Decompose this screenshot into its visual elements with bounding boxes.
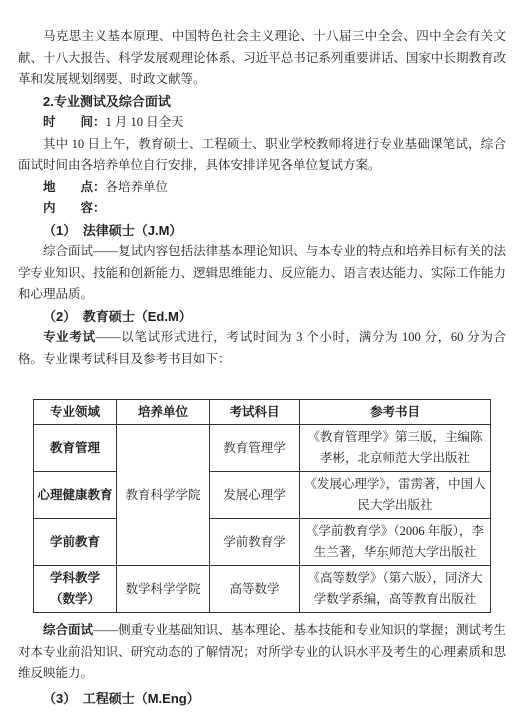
cell-field: 学科教学 （数学） xyxy=(34,566,117,613)
cell-subject: 高等数学 xyxy=(210,566,300,613)
cell-unit: 数学科学学院 xyxy=(117,566,210,613)
exam-lead: 专业考试 xyxy=(43,330,96,344)
table-row: 心理健康教育 发展心理学 《发展心理学》，雷雳著，中国人民大学出版社 xyxy=(34,472,491,519)
place-label: 地 点： xyxy=(43,180,106,194)
table-row: 学科教学 （数学） 数学科学学院 高等数学 《高等数学》（第六版），同济大学数学… xyxy=(34,566,491,613)
exam-paragraph: 专业考试——以笔试形式进行，考试时间为 3 个小时，满分为 100 分，60 分… xyxy=(18,327,506,370)
interview-lead: 综合面试 xyxy=(43,623,93,637)
cell-field: 学前教育 xyxy=(34,519,117,566)
item-2-heading: （2） 教育硕士（Ed.M） xyxy=(18,306,506,328)
cell-subject: 教育管理学 xyxy=(210,425,300,472)
column-header-books: 参考书目 xyxy=(300,400,491,425)
item-3-heading: （3） 工程硕士（M.Eng） xyxy=(18,688,506,710)
item-1-paragraph: 综合面试——复试内容包括法律基本理论知识、与本专业的特点和培养目标有关的法学专业… xyxy=(18,241,506,306)
column-header-subject: 考试科目 xyxy=(210,400,300,425)
cell-field: 心理健康教育 xyxy=(34,472,117,519)
time-note-paragraph: 其中 10 日上午，教育硕士、工程硕士、职业学校教师将进行专业基础课笔试，综合面… xyxy=(18,134,506,177)
cell-books: 《发展心理学》，雷雳著，中国人民大学出版社 xyxy=(300,472,491,519)
time-label: 时 间： xyxy=(43,115,106,129)
section-2-heading: 2.专业测试及综合面试 xyxy=(18,91,506,113)
cell-subject: 学前教育学 xyxy=(210,519,300,566)
content-line: 内 容： xyxy=(18,198,506,220)
interview-paragraph: 综合面试——侧重专业基础知识、基本理论、基本技能和专业知识的掌握；测试考生对本专… xyxy=(18,620,506,685)
cell-books: 《高等数学》（第六版），同济大学数学系编，高等教育出版社 xyxy=(300,566,491,613)
table-header-row: 专业领域 培养单位 考试科目 参考书目 xyxy=(34,400,491,425)
time-value: 1 月 10 日全天 xyxy=(106,115,184,129)
place-value: 各培养单位 xyxy=(106,180,169,194)
document-page: 马克思主义基本原理、中国特色社会主义理论、十八届三中全会、四中全会有关文献、十八… xyxy=(0,0,523,715)
cell-field: 教育管理 xyxy=(34,425,117,472)
table-row: 学前教育 学前教育学 《学前教育学》（2006 年版），李生兰著，华东师范大学出… xyxy=(34,519,491,566)
cell-books: 《教育管理学》第三版，主编陈孝彬，北京师范大学出版社 xyxy=(300,425,491,472)
column-header-field: 专业领域 xyxy=(34,400,117,425)
item-1-heading: （1） 法律硕士（J.M） xyxy=(18,220,506,242)
time-line: 时 间：1 月 10 日全天 xyxy=(18,112,506,134)
place-line: 地 点：各培养单位 xyxy=(18,177,506,199)
table-row: 教育管理 教育科学学院 教育管理学 《教育管理学》第三版，主编陈孝彬，北京师范大… xyxy=(34,425,491,472)
intro-paragraph: 马克思主义基本原理、中国特色社会主义理论、十八届三中全会、四中全会有关文献、十八… xyxy=(18,26,506,91)
cell-subject: 发展心理学 xyxy=(210,472,300,519)
reference-books-table: 专业领域 培养单位 考试科目 参考书目 教育管理 教育科学学院 教育管理学 《教… xyxy=(33,399,491,613)
column-header-unit: 培养单位 xyxy=(117,400,210,425)
content-label: 内 容： xyxy=(43,201,106,215)
cell-books: 《学前教育学》（2006 年版），李生兰著，华东师范大学出版社 xyxy=(300,519,491,566)
cell-unit: 教育科学学院 xyxy=(117,425,210,566)
